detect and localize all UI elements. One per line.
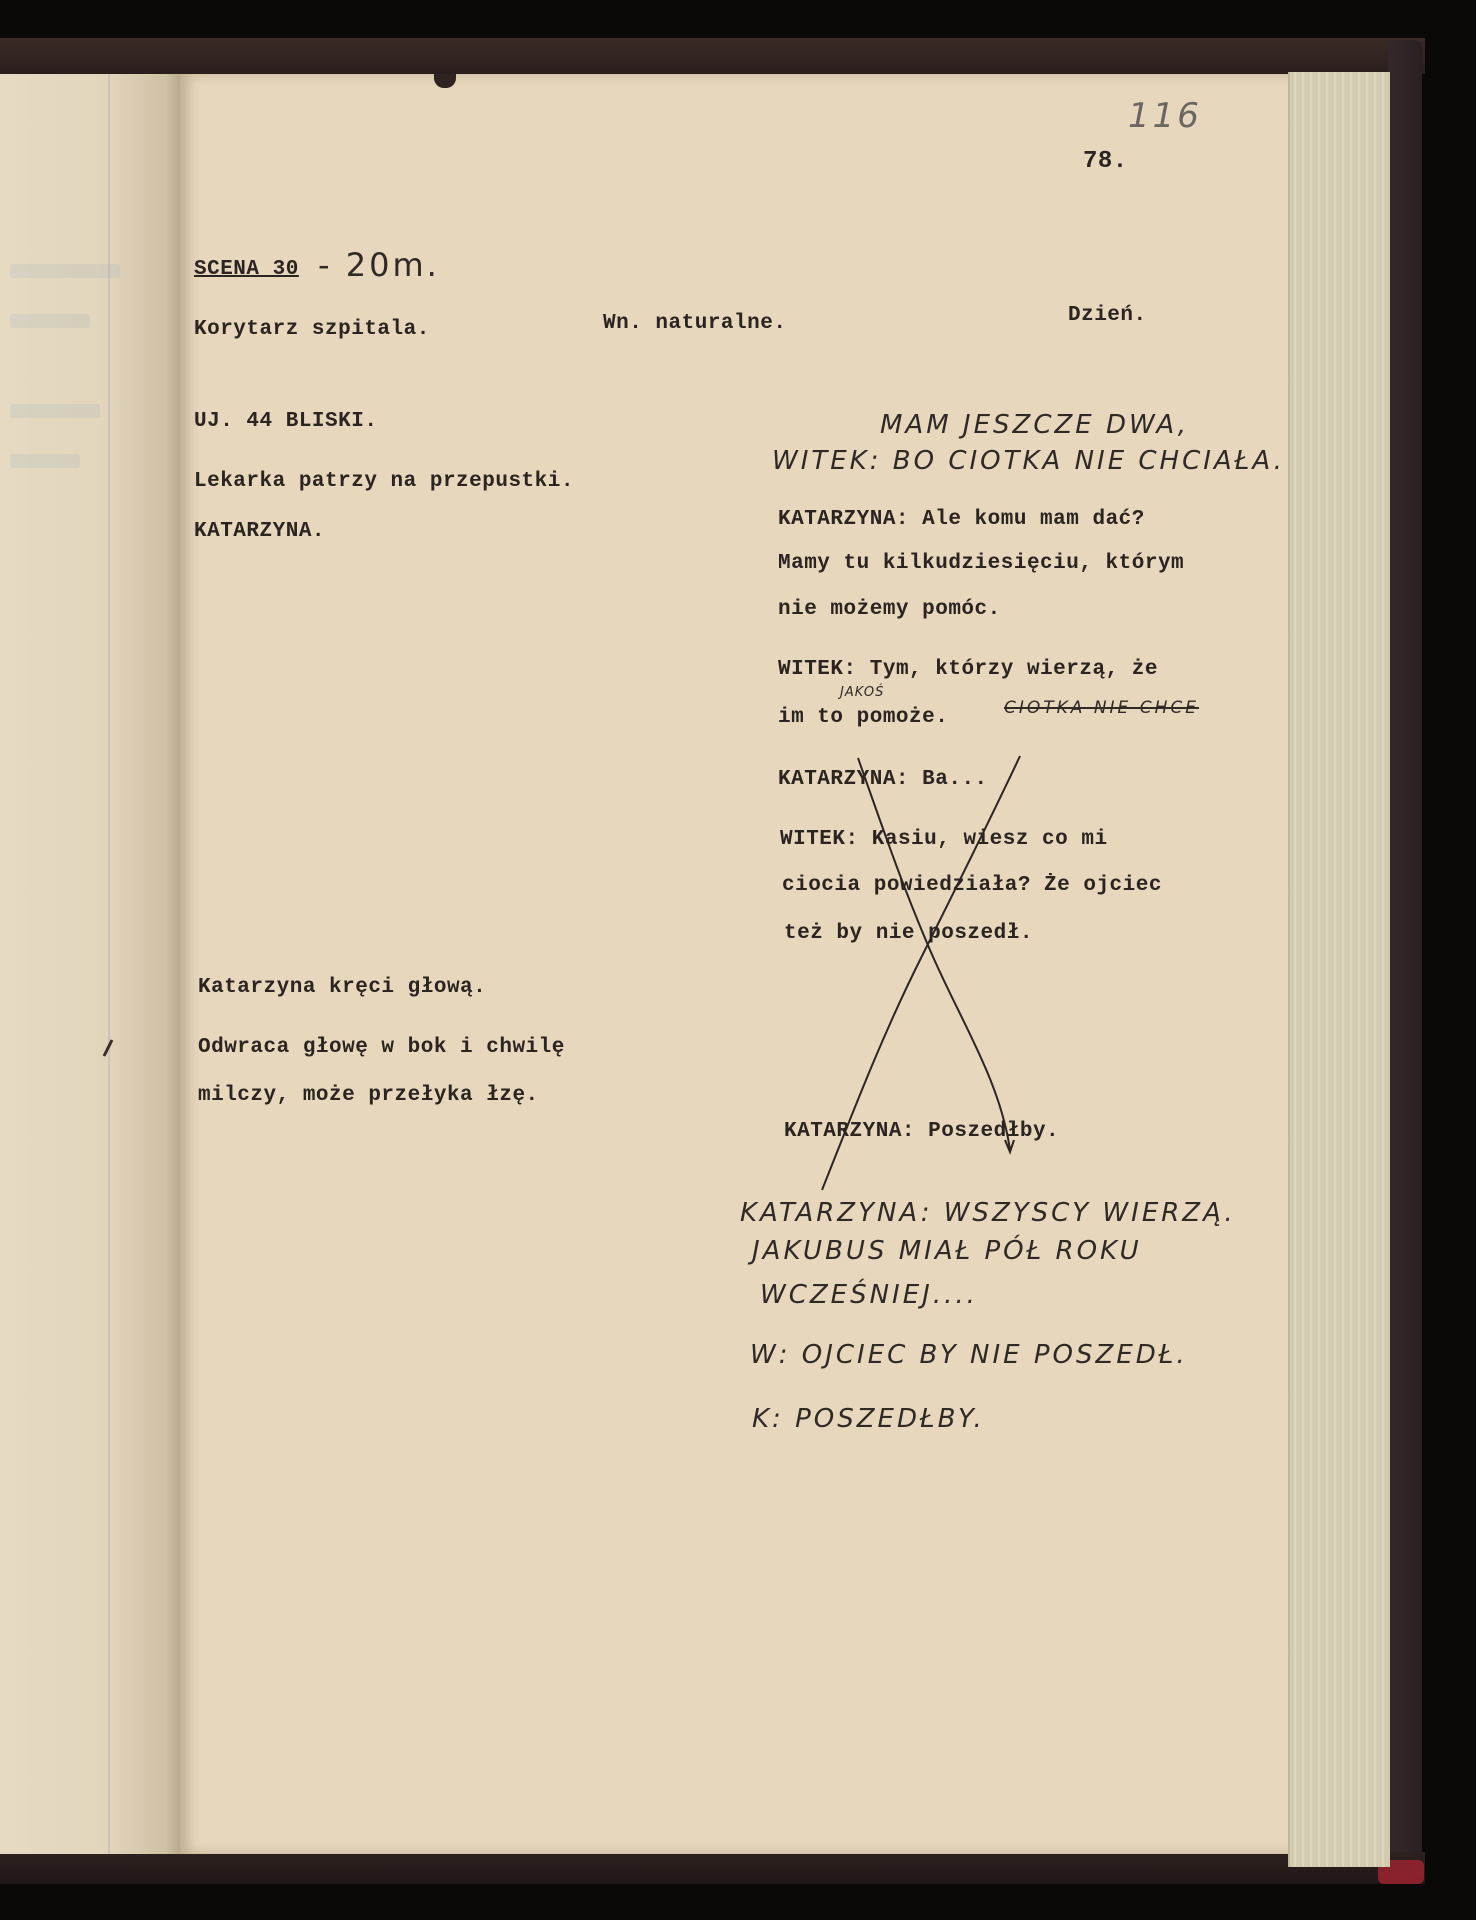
handwritten-note: WCZEŚNIEJ.... [760,1280,978,1310]
handwritten-note: KATARZYNA: WSZYSCY WIERZĄ. [740,1198,1236,1228]
crossout-x-mark [0,0,1476,1920]
handwritten-note: K: POSZEDŁBY. [752,1404,985,1434]
handwritten-note: JAKUBUS MIAŁ PÓŁ ROKU [752,1236,1142,1266]
handwritten-note: W: OJCIEC BY NIE POSZEDŁ. [750,1340,1188,1370]
